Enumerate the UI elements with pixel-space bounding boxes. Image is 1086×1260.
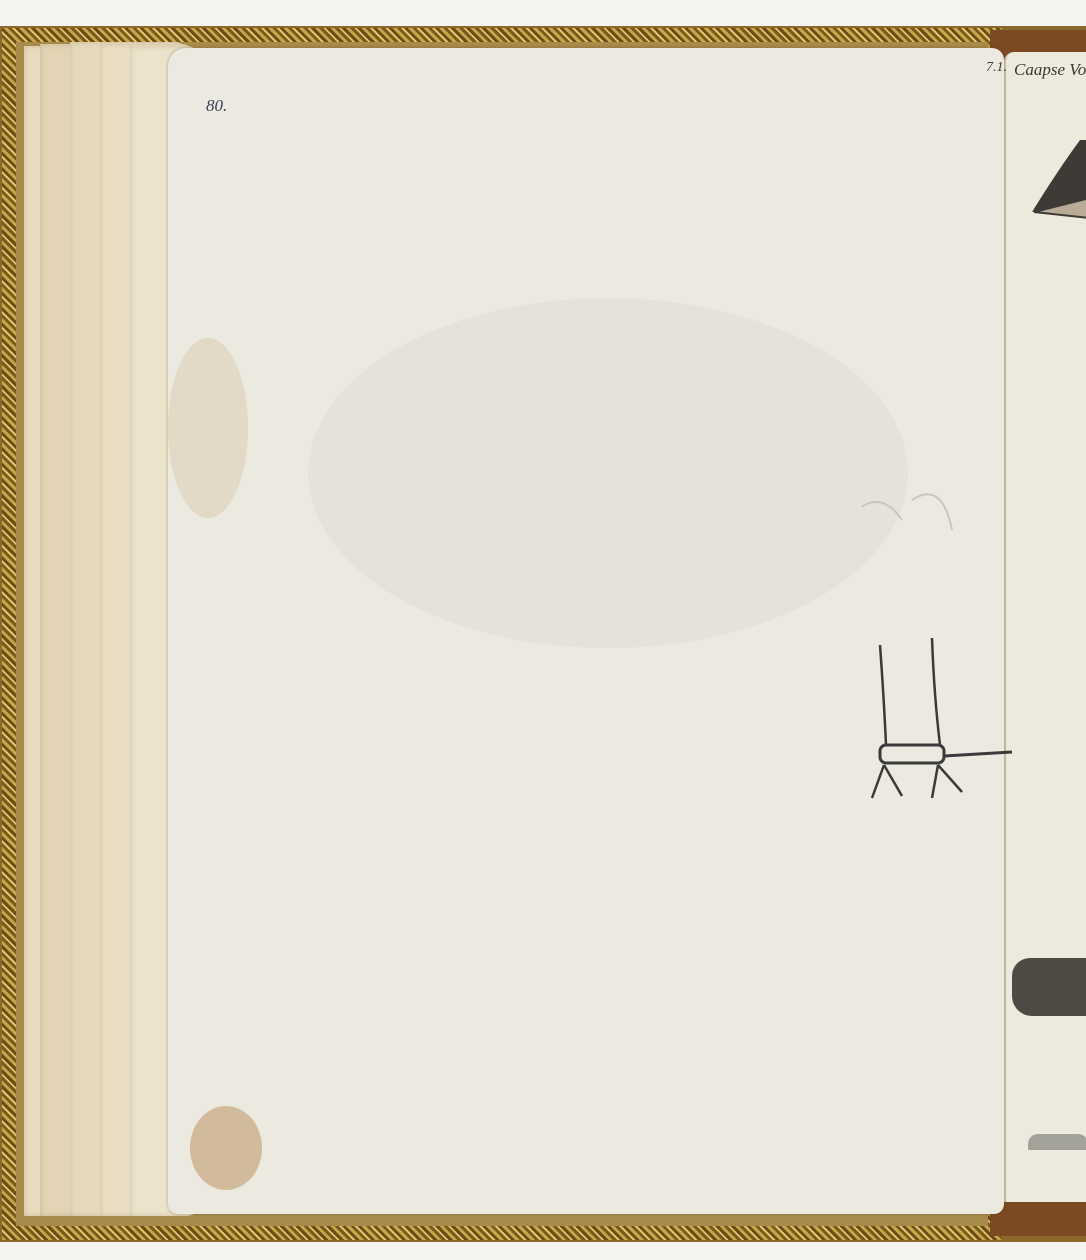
bird-beak-drawing xyxy=(1030,140,1086,220)
corner-mark: 7.1. xyxy=(986,60,1007,76)
right-page-inscription: Caapse Vo xyxy=(1014,60,1086,80)
page-number: 80. xyxy=(206,96,227,116)
tied-bird-legs-drawing xyxy=(862,480,1022,820)
grey-brush-stroke xyxy=(1028,1134,1086,1150)
brown-stain xyxy=(190,1106,262,1190)
water-stain xyxy=(168,338,248,518)
dark-wing-drawing xyxy=(1012,958,1086,1016)
faint-pencil-bird xyxy=(308,298,908,648)
